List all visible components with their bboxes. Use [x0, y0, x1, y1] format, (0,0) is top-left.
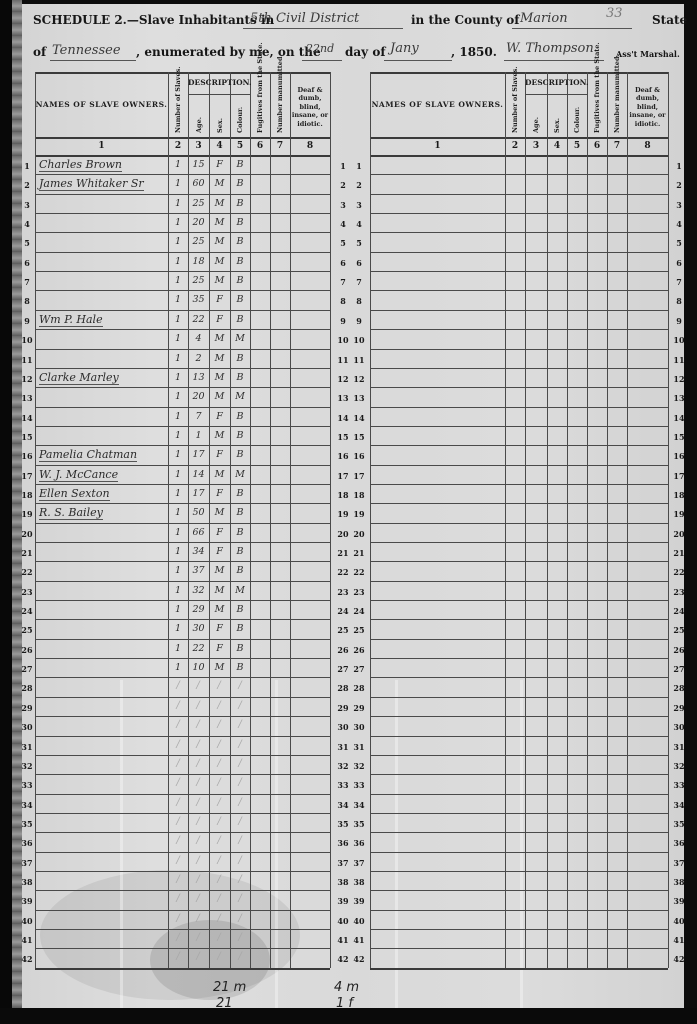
cell-age: 17	[188, 449, 209, 460]
faint-pencil-mark: /	[172, 913, 184, 924]
cell-sex: F	[209, 159, 230, 170]
left-column-number: 6	[250, 141, 270, 151]
cell-slaves: 1	[168, 662, 188, 673]
left-row-number-left: 32	[18, 761, 36, 771]
right-row-rule	[370, 677, 668, 678]
left-row-rule	[35, 329, 330, 330]
faint-pencil-mark: /	[234, 680, 246, 691]
right-row-rule	[370, 948, 668, 949]
cell-sex: M	[209, 585, 230, 596]
right-row-number-right: 4	[670, 219, 688, 229]
right-row-number-right: 6	[670, 258, 688, 268]
left-row-number-left: 39	[18, 896, 36, 906]
cell-colour: B	[230, 294, 250, 305]
right-row-number-left: 29	[350, 703, 368, 713]
right-row-rule	[370, 929, 668, 930]
cell-age: 18	[188, 256, 209, 267]
cell-slaves: 1	[168, 294, 188, 305]
tally-right-top: 4 m	[334, 980, 359, 995]
right-row-number-right: 28	[670, 683, 688, 693]
right-row-number-left: 21	[350, 548, 368, 558]
right-row-number-right: 34	[670, 800, 688, 810]
left-row-rule	[35, 465, 330, 466]
cell-age: 30	[188, 623, 209, 634]
cell-slaves: 1	[168, 643, 188, 654]
faint-pencil-mark: /	[234, 777, 246, 788]
left-row-number-left: 4	[18, 219, 36, 229]
cell-sex: M	[209, 430, 230, 441]
right-row-number-right: 38	[670, 877, 688, 887]
right-row-rule	[370, 523, 668, 524]
cell-sex: F	[209, 294, 230, 305]
cell-slaves: 1	[168, 372, 188, 383]
faint-pencil-mark: /	[192, 835, 204, 846]
cell-sex: F	[209, 546, 230, 557]
right-row-number-left: 40	[350, 916, 368, 926]
left-row-number-left: 18	[18, 490, 36, 500]
faint-pencil-mark: /	[192, 816, 204, 827]
left-row-number-left: 25	[18, 625, 36, 635]
cell-colour: B	[230, 449, 250, 460]
faint-pencil-mark: /	[234, 816, 246, 827]
cell-slaves: 1	[168, 488, 188, 499]
right-row-number-left: 41	[350, 935, 368, 945]
left-row-number-left: 27	[18, 664, 36, 674]
right-row-number-right: 30	[670, 722, 688, 732]
right-row-number-right: 20	[670, 529, 688, 539]
cell-slaves: 1	[168, 159, 188, 170]
right-row-number-right: 13	[670, 393, 688, 403]
right-column-number: 2	[505, 141, 525, 151]
left-row-number-left: 42	[18, 954, 36, 964]
faint-pencil-mark: /	[172, 855, 184, 866]
day-underline	[302, 60, 342, 61]
cell-sex: M	[209, 372, 230, 383]
left-column-rule	[290, 72, 291, 968]
left-row-rule	[35, 871, 330, 872]
right-row-number-left: 23	[350, 587, 368, 597]
cell-age: 13	[188, 372, 209, 383]
cell-slaves: 1	[168, 507, 188, 518]
cell-sex: M	[209, 507, 230, 518]
left-row-rule	[35, 232, 330, 233]
right-header-manumitted: Number manumitted.	[613, 54, 621, 133]
right-row-number-right: 16	[670, 451, 688, 461]
left-row-number-left: 24	[18, 606, 36, 616]
cell-colour: B	[230, 198, 250, 209]
right-column-number: 5	[567, 141, 587, 151]
left-row-rule	[35, 310, 330, 311]
cell-slaves: 1	[168, 236, 188, 247]
right-row-number-left: 6	[350, 258, 368, 268]
left-row-number-left: 34	[18, 800, 36, 810]
cell-colour: B	[230, 623, 250, 634]
left-row-rule	[35, 271, 330, 272]
left-row-rule	[35, 445, 330, 446]
right-row-number-left: 1	[350, 161, 368, 171]
right-column-number: 1	[370, 141, 505, 151]
right-row-rule	[370, 794, 668, 795]
left-row-number-left: 40	[18, 916, 36, 926]
cell-sex: M	[209, 565, 230, 576]
left-row-rule	[35, 697, 330, 698]
cell-age: 25	[188, 236, 209, 247]
left-row-number-left: 31	[18, 742, 36, 752]
left-header-age: Age.	[195, 117, 203, 133]
right-row-rule	[370, 349, 668, 350]
right-column-number: 4	[547, 141, 567, 151]
right-row-rule	[370, 813, 668, 814]
cell-slaves: 1	[168, 198, 188, 209]
county-underline	[512, 28, 632, 29]
right-column-rule	[587, 72, 588, 968]
slave-owner-name: R. S. Bailey	[39, 506, 103, 520]
cell-slaves: 1	[168, 333, 188, 344]
left-row-number-left: 9	[18, 316, 36, 326]
tally-left-top: 21 m	[213, 980, 246, 995]
right-row-number-right: 12	[670, 374, 688, 384]
right-row-rule	[370, 832, 668, 833]
right-row-number-left: 36	[350, 838, 368, 848]
right-header-sex: Sex.	[553, 118, 561, 133]
cell-age: 37	[188, 565, 209, 576]
faint-pencil-mark: /	[234, 913, 246, 924]
marshal-underline	[504, 60, 604, 61]
left-row-rule	[35, 736, 330, 737]
cell-age: 32	[188, 585, 209, 596]
faint-pencil-mark: /	[234, 874, 246, 885]
of-label: of	[33, 45, 46, 59]
left-header-deaf: Deaf & dumb, blind, insane, or idiotic.	[291, 86, 329, 128]
faint-pencil-mark: /	[213, 758, 225, 769]
left-row-number-left: 38	[18, 877, 36, 887]
right-row-rule	[370, 213, 668, 214]
right-row-rule	[370, 890, 668, 891]
slave-owner-name: James Whitaker Sr	[39, 177, 144, 191]
right-column-number: 6	[587, 141, 607, 151]
right-header-age: Age.	[532, 117, 540, 133]
right-table-bottom-border	[370, 968, 668, 970]
left-row-rule	[35, 774, 330, 775]
paper-fold	[120, 680, 123, 1010]
right-row-number-left: 27	[350, 664, 368, 674]
cell-slaves: 1	[168, 391, 188, 402]
right-row-number-right: 10	[670, 335, 688, 345]
left-row-rule	[35, 600, 330, 601]
right-row-number-right: 2	[670, 180, 688, 190]
right-row-rule	[370, 503, 668, 504]
cell-sex: F	[209, 488, 230, 499]
right-colnum-divider	[370, 155, 668, 157]
left-row-rule	[35, 174, 330, 175]
faint-pencil-mark: /	[192, 874, 204, 885]
left-row-number-left: 21	[18, 548, 36, 558]
right-row-number-left: 3	[350, 200, 368, 210]
left-column-number: 3	[188, 141, 209, 151]
left-header-divider	[35, 137, 330, 139]
cell-colour: B	[230, 430, 250, 441]
cell-slaves: 1	[168, 565, 188, 576]
right-row-number-right: 8	[670, 296, 688, 306]
right-header-names: NAMES OF SLAVE OWNERS.	[370, 100, 505, 110]
right-row-rule	[370, 465, 668, 466]
left-row-number-left: 22	[18, 567, 36, 577]
left-row-rule	[35, 832, 330, 833]
faint-pencil-mark: /	[213, 739, 225, 750]
right-row-number-left: 9	[350, 316, 368, 326]
faint-pencil-mark: /	[192, 855, 204, 866]
left-row-number-left: 41	[18, 935, 36, 945]
faint-pencil-mark: /	[234, 719, 246, 730]
faint-pencil-mark: /	[213, 797, 225, 808]
faint-pencil-mark: /	[192, 913, 204, 924]
faint-pencil-mark: /	[213, 874, 225, 885]
faint-pencil-mark: /	[234, 758, 246, 769]
cell-slaves: 1	[168, 217, 188, 228]
right-row-number-right: 33	[670, 780, 688, 790]
left-header-sex: Sex.	[216, 118, 224, 133]
left-row-rule	[35, 194, 330, 195]
left-row-number-left: 16	[18, 451, 36, 461]
left-column-rule	[270, 72, 271, 968]
cell-sex: M	[209, 604, 230, 615]
faint-pencil-mark: /	[192, 951, 204, 962]
left-row-number-left: 20	[18, 529, 36, 539]
right-header-fugitives: Fugitives from the State.	[593, 42, 601, 133]
marshal-label: Ass't Marshal.	[616, 49, 680, 59]
cell-age: 22	[188, 314, 209, 325]
cell-sex: M	[209, 469, 230, 480]
faint-pencil-mark: /	[234, 700, 246, 711]
cell-slaves: 1	[168, 353, 188, 364]
right-row-number-left: 10	[350, 335, 368, 345]
left-row-number-left: 8	[18, 296, 36, 306]
right-row-number-right: 32	[670, 761, 688, 771]
cell-age: 22	[188, 643, 209, 654]
left-row-number-left: 7	[18, 277, 36, 287]
right-row-number-left: 30	[350, 722, 368, 732]
cell-age: 2	[188, 353, 209, 364]
cell-colour: M	[230, 391, 250, 402]
left-row-rule	[35, 890, 330, 891]
left-colnum-divider	[35, 155, 330, 157]
cell-age: 50	[188, 507, 209, 518]
faint-pencil-mark: /	[172, 777, 184, 788]
left-header-description: DESCRIPTION.	[188, 78, 250, 88]
right-row-number-left: 19	[350, 509, 368, 519]
right-row-number-right: 29	[670, 703, 688, 713]
faint-pencil-mark: /	[172, 893, 184, 904]
left-row-rule	[35, 658, 330, 659]
right-row-rule	[370, 387, 668, 388]
faint-pencil-mark: /	[234, 835, 246, 846]
cell-slaves: 1	[168, 449, 188, 460]
right-row-number-right: 7	[670, 277, 688, 287]
left-column-number: 1	[35, 141, 168, 151]
slave-owner-name: Charles Brown	[39, 158, 122, 172]
right-header-number-of-slaves: Number of Slaves.	[511, 66, 519, 133]
cell-sex: F	[209, 411, 230, 422]
left-row-rule	[35, 523, 330, 524]
enumerated-label: , enumerated by me, on the	[136, 45, 321, 59]
faint-pencil-mark: /	[213, 700, 225, 711]
right-row-number-left: 38	[350, 877, 368, 887]
right-row-number-left: 13	[350, 393, 368, 403]
right-header-description: DESCRIPTION.	[525, 78, 587, 88]
slave-owner-name: W. J. McCance	[39, 468, 118, 482]
right-row-rule	[370, 852, 668, 853]
right-row-number-left: 4	[350, 219, 368, 229]
left-row-number-left: 19	[18, 509, 36, 519]
cell-colour: B	[230, 353, 250, 364]
day-of-label: day of	[345, 45, 385, 59]
faint-pencil-mark: /	[213, 835, 225, 846]
left-row-rule	[35, 794, 330, 795]
state-underline	[50, 60, 136, 61]
right-row-number-left: 37	[350, 858, 368, 868]
right-column-rule	[668, 72, 669, 968]
faint-pencil-mark: /	[172, 739, 184, 750]
cell-slaves: 1	[168, 585, 188, 596]
left-row-number-left: 33	[18, 780, 36, 790]
right-column-rule	[525, 72, 526, 968]
paper-fold	[395, 680, 398, 1010]
left-row-number-left: 15	[18, 432, 36, 442]
left-row-number-left: 35	[18, 819, 36, 829]
right-row-rule	[370, 174, 668, 175]
right-row-rule	[370, 252, 668, 253]
left-column-rule	[250, 72, 251, 968]
cell-colour: M	[230, 333, 250, 344]
right-column-number: 7	[607, 141, 627, 151]
cell-age: 25	[188, 198, 209, 209]
faint-pencil-mark: /	[172, 680, 184, 691]
cell-sex: M	[209, 236, 230, 247]
right-row-number-right: 19	[670, 509, 688, 519]
left-row-rule	[35, 948, 330, 949]
left-row-number-left: 30	[18, 722, 36, 732]
schedule-title: SCHEDULE 2.—Slave Inhabitants in	[33, 13, 274, 27]
left-row-number-left: 14	[18, 413, 36, 423]
left-row-number-left: 5	[18, 238, 36, 248]
faint-pencil-mark: /	[234, 739, 246, 750]
right-row-rule	[370, 484, 668, 485]
right-header-divider	[370, 137, 668, 139]
left-column-rule	[330, 72, 331, 968]
cell-colour: B	[230, 217, 250, 228]
cell-age: 29	[188, 604, 209, 615]
cell-colour: B	[230, 643, 250, 654]
right-row-number-right: 15	[670, 432, 688, 442]
right-row-rule	[370, 232, 668, 233]
cell-age: 10	[188, 662, 209, 673]
faint-pencil-mark: /	[213, 893, 225, 904]
faint-pencil-mark: /	[172, 700, 184, 711]
cell-sex: M	[209, 178, 230, 189]
cell-sex: F	[209, 643, 230, 654]
cell-age: 34	[188, 546, 209, 557]
faint-pencil-mark: /	[213, 951, 225, 962]
faint-pencil-mark: /	[234, 893, 246, 904]
right-row-number-right: 41	[670, 935, 688, 945]
left-row-rule	[35, 407, 330, 408]
right-row-number-right: 37	[670, 858, 688, 868]
right-row-number-right: 36	[670, 838, 688, 848]
right-row-number-right: 5	[670, 238, 688, 248]
right-row-rule	[370, 697, 668, 698]
right-row-number-left: 18	[350, 490, 368, 500]
left-row-number-left: 26	[18, 645, 36, 655]
cell-sex: M	[209, 353, 230, 364]
right-row-number-left: 5	[350, 238, 368, 248]
right-row-number-right: 22	[670, 567, 688, 577]
cell-sex: M	[209, 198, 230, 209]
left-row-rule	[35, 349, 330, 350]
cell-age: 20	[188, 217, 209, 228]
cell-colour: B	[230, 314, 250, 325]
scan-border-left	[0, 0, 12, 1024]
left-row-number-left: 36	[18, 838, 36, 848]
cell-colour: B	[230, 275, 250, 286]
right-row-number-left: 39	[350, 896, 368, 906]
cell-age: 15	[188, 159, 209, 170]
cell-slaves: 1	[168, 527, 188, 538]
faint-pencil-mark: /	[192, 739, 204, 750]
left-row-number-left: 3	[18, 200, 36, 210]
right-row-number-left: 8	[350, 296, 368, 306]
slave-owner-name: Clarke Marley	[39, 371, 119, 385]
right-row-number-right: 39	[670, 896, 688, 906]
right-column-number: 3	[525, 141, 547, 151]
right-row-number-left: 16	[350, 451, 368, 461]
right-row-number-left: 25	[350, 625, 368, 635]
left-row-rule	[35, 213, 330, 214]
cell-colour: B	[230, 604, 250, 615]
faint-pencil-mark: /	[172, 797, 184, 808]
left-row-number-left: 13	[18, 393, 36, 403]
right-description-rule	[525, 94, 587, 95]
left-row-number-left: 28	[18, 683, 36, 693]
left-row-rule	[35, 852, 330, 853]
right-row-number-left: 2	[350, 180, 368, 190]
right-row-number-right: 42	[670, 954, 688, 964]
state-label: State	[652, 13, 687, 27]
right-row-rule	[370, 658, 668, 659]
cell-colour: B	[230, 236, 250, 247]
right-row-rule	[370, 310, 668, 311]
right-header-deaf: Deaf & dumb, blind, insane, or idiotic.	[628, 86, 667, 128]
cell-colour: B	[230, 565, 250, 576]
right-row-number-right: 18	[670, 490, 688, 500]
left-column-number: 5	[230, 141, 250, 151]
faint-pencil-mark: /	[192, 932, 204, 943]
left-row-rule	[35, 639, 330, 640]
left-row-number-left: 17	[18, 471, 36, 481]
left-header-manumitted: Number manumitted.	[276, 54, 284, 133]
cell-age: 66	[188, 527, 209, 538]
left-row-rule	[35, 755, 330, 756]
faint-pencil-mark: /	[172, 951, 184, 962]
right-row-number-right: 21	[670, 548, 688, 558]
right-row-number-left: 33	[350, 780, 368, 790]
left-column-number: 4	[209, 141, 230, 151]
right-row-rule	[370, 290, 668, 291]
faint-pencil-mark: /	[213, 913, 225, 924]
right-row-rule	[370, 426, 668, 427]
right-row-number-left: 28	[350, 683, 368, 693]
right-column-rule	[547, 72, 548, 968]
right-row-number-left: 11	[350, 355, 368, 365]
